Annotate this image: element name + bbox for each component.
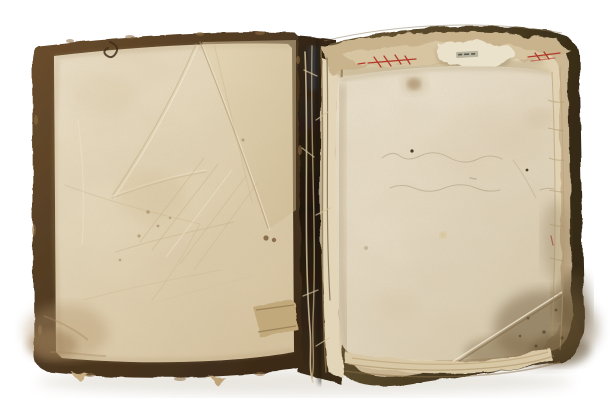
right-page-block [320,25,598,387]
illegible-stamp [456,51,478,58]
photo-open-antique-book [0,0,612,411]
book-illustration [0,0,612,411]
left-cover [24,31,302,385]
corner-wear [24,304,108,360]
